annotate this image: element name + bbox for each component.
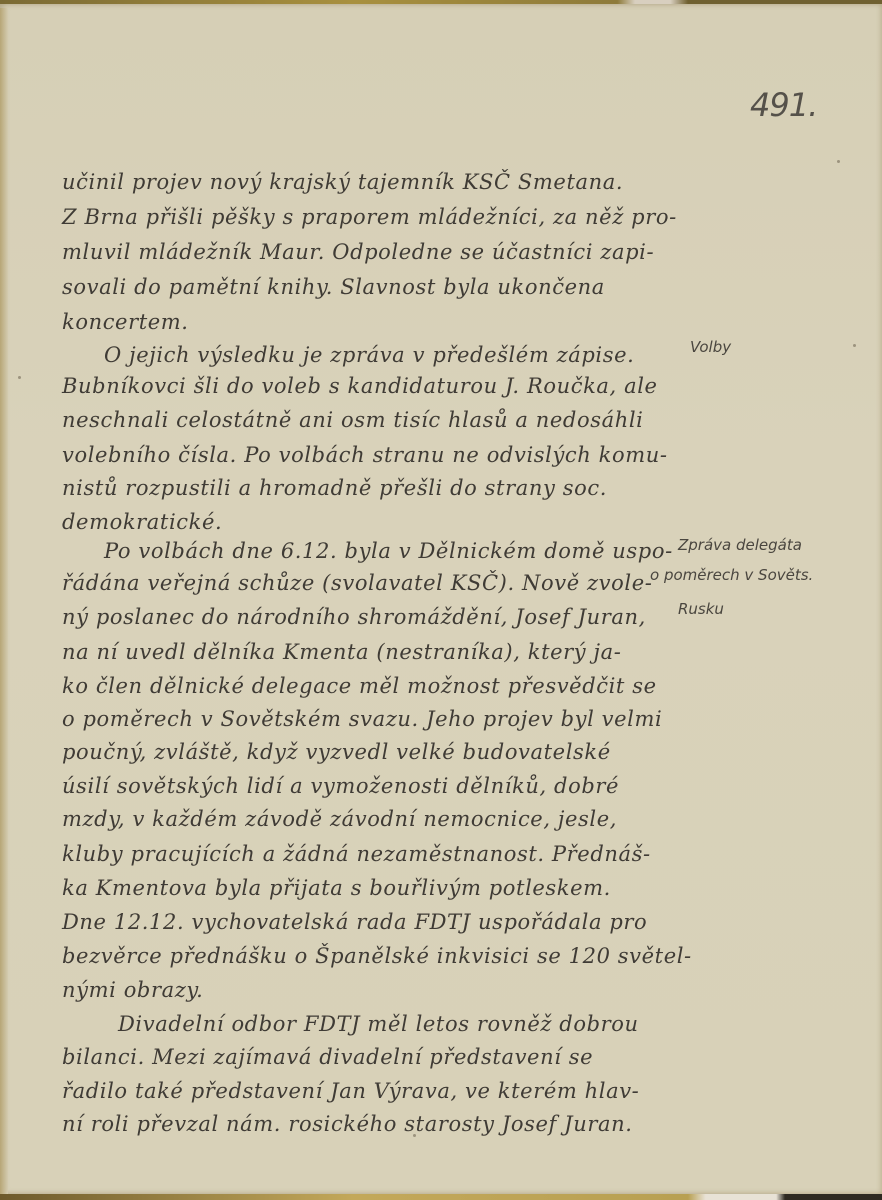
text-line: demokratické. xyxy=(62,510,222,534)
page-binding-edge xyxy=(0,8,8,1198)
margin-note-rusku: Rusku xyxy=(678,600,724,618)
text-line: volebního čísla. Po volbách stranu ne od… xyxy=(62,443,668,467)
paper-speck xyxy=(18,376,21,379)
text-line: ný poslanec do národního shromáždění, Jo… xyxy=(62,605,646,629)
page-bottom-edge xyxy=(0,1194,882,1200)
text-line: O jejich výsledku je zpráva v předešlém … xyxy=(104,343,634,367)
paper-speck xyxy=(853,344,856,347)
page-number: 491. xyxy=(750,86,817,124)
text-line: neschnali celostátně ani osm tisíc hlasů… xyxy=(62,408,643,432)
text-line: Po volbách dne 6.12. byla v Dělnickém do… xyxy=(104,539,673,563)
text-line: Divadelní odbor FDTJ měl letos rovněž do… xyxy=(118,1012,639,1036)
text-line: na ní uvedl dělníka Kmenta (nestraníka),… xyxy=(62,640,621,664)
text-line: o poměrech v Sovětském svazu. Jeho proje… xyxy=(62,707,662,731)
paper-speck xyxy=(413,1134,416,1137)
text-line: ní roli převzal nám. rosického starosty … xyxy=(62,1112,632,1136)
text-line: Dne 12.12. vychovatelská rada FDTJ uspoř… xyxy=(62,910,647,934)
text-line: Z Brna přišli pěšky s praporem mládežníc… xyxy=(62,205,677,229)
text-line: úsilí sovětských lidí a vymoženosti děln… xyxy=(62,774,619,798)
margin-note-volby: Volby xyxy=(690,338,731,356)
text-line: řadilo také představení Jan Výrava, ve k… xyxy=(62,1079,639,1103)
text-line: koncertem. xyxy=(62,310,189,334)
text-line: učinil projev nový krajský tajemník KSČ … xyxy=(62,170,623,194)
text-line: nistů rozpustili a hromadně přešli do st… xyxy=(62,476,607,500)
text-line: bezvěrce přednášku o Španělské inkvisici… xyxy=(62,944,692,968)
text-line: ka Kmentova byla přijata s bouřlivým pot… xyxy=(62,876,611,900)
handwritten-chronicle-page: 491. učinil projev nový krajský tajemník… xyxy=(0,4,882,1194)
text-line: Bubníkovci šli do voleb s kandidaturou J… xyxy=(62,374,658,398)
text-line: poučný, zvláště, když vyzvedl velké budo… xyxy=(62,740,611,764)
text-line: mluvil mládežník Maur. Odpoledne se účas… xyxy=(62,240,654,264)
margin-note-zprava-delegata: Zpráva delegáta xyxy=(678,536,802,554)
text-line: nými obrazy. xyxy=(62,978,203,1002)
text-line: kluby pracujících a žádná nezaměstnanost… xyxy=(62,842,651,866)
margin-note-pomerech: o poměrech v Sověts. xyxy=(650,566,813,584)
text-line: řádána veřejná schůze (svolavatel KSČ). … xyxy=(62,571,652,595)
paper-speck xyxy=(837,160,840,163)
text-line: sovali do pamětní knihy. Slavnost byla u… xyxy=(62,275,605,299)
text-line: ko člen dělnické delegace měl možnost př… xyxy=(62,674,657,698)
text-line: bilanci. Mezi zajímavá divadelní předsta… xyxy=(62,1045,593,1069)
text-line: mzdy, v každém závodě závodní nemocnice,… xyxy=(62,807,617,831)
